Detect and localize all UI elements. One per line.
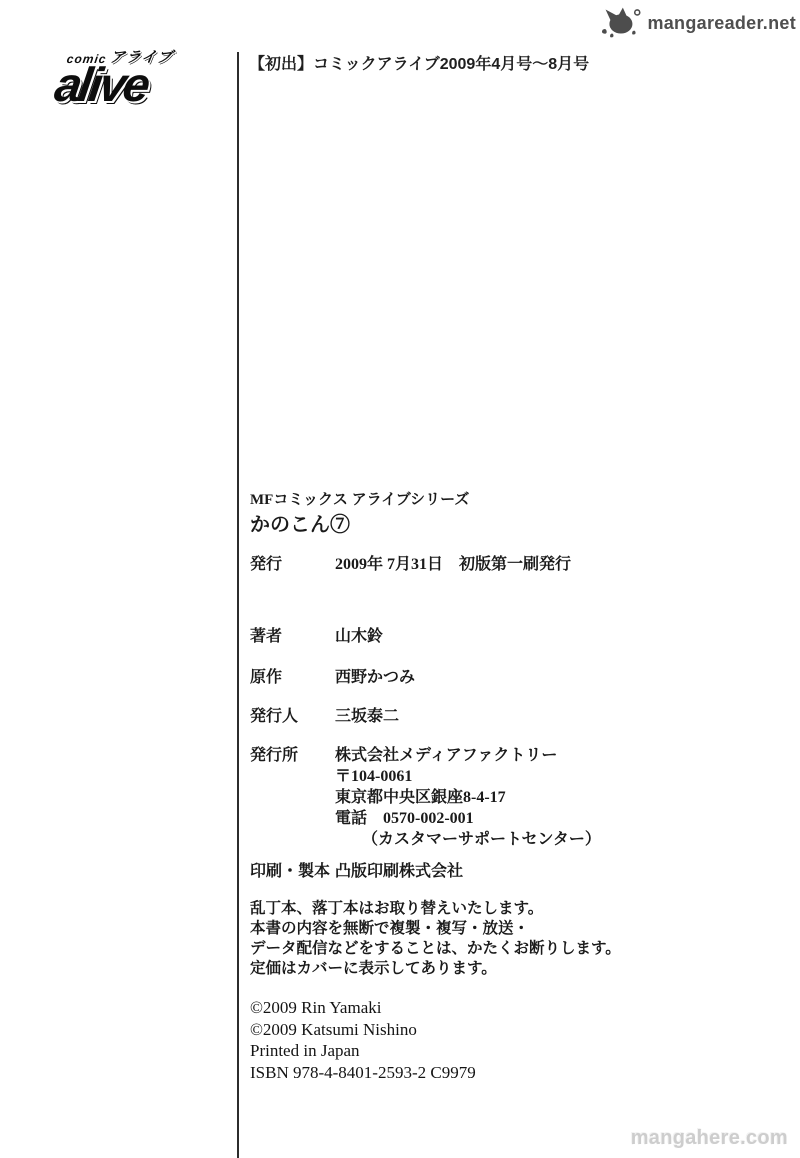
row-value: 三坂泰二 xyxy=(335,706,399,727)
publisher-street-address: 東京都中央区銀座8-4-17 xyxy=(335,787,601,808)
comic-alive-logo: comic アライブ alive xyxy=(52,50,240,109)
mangareader-mascot-icon xyxy=(595,6,643,40)
row-label: 発行 xyxy=(250,554,335,575)
vertical-divider xyxy=(237,52,239,1158)
series-name: MFコミックス アライブシリーズ xyxy=(250,488,469,509)
row-label: 原作 xyxy=(250,667,335,688)
publisher-phone: 電話 0570-002-001 xyxy=(335,808,601,829)
notice-line: データ配信などをすることは、かたくお断りします。 xyxy=(250,939,621,959)
printed-in-japan-line: Printed in Japan xyxy=(250,1040,476,1062)
row-label: 印刷・製本 xyxy=(250,861,335,882)
isbn-line: ISBN 978-4-8401-2593-2 C9979 xyxy=(250,1062,476,1084)
publisher-address-block: 株式会社メディアファクトリー 〒104-0061 東京都中央区銀座8-4-17 … xyxy=(335,745,601,850)
site-watermark-top-label: mangareader.net xyxy=(647,13,796,34)
colophon-row-publication-date: 発行 2009年 7月31日 初版第一刷発行 xyxy=(250,554,571,575)
site-watermark-top: mangareader.net xyxy=(595,6,796,40)
site-watermark-bottom: mangahere.com xyxy=(631,1127,788,1150)
colophon-row-original-story: 原作 西野かつみ xyxy=(250,667,415,688)
colophon-row-publisher-person: 発行人 三坂泰二 xyxy=(250,706,399,727)
publisher-postal-code: 〒104-0061 xyxy=(335,766,601,787)
colophon-row-printer: 印刷・製本 凸版印刷株式会社 xyxy=(250,861,463,882)
copyright-line: ©2009 Rin Yamaki xyxy=(250,997,476,1019)
notice-line: 本書の内容を無断で複製・複写・放送・ xyxy=(250,919,621,939)
row-label: 著者 xyxy=(250,626,335,647)
copyright-line: ©2009 Katsumi Nishino xyxy=(250,1019,476,1041)
row-label: 発行人 xyxy=(250,706,335,727)
notice-line: 乱丁本、落丁本はお取り替えいたします。 xyxy=(250,899,621,919)
publisher-name: 株式会社メディアファクトリー xyxy=(335,745,601,766)
first-publication-note: 【初出】コミックアライブ2009年4月号～8月号 xyxy=(249,51,589,74)
logo-alive-text: alive xyxy=(52,63,238,109)
colophon-row-publishing-company: 発行所 株式会社メディアファクトリー 〒104-0061 東京都中央区銀座8-4… xyxy=(250,745,601,850)
row-label: 発行所 xyxy=(250,745,335,850)
publisher-phone-note: （カスタマーサポートセンター） xyxy=(335,829,601,850)
notice-line: 定価はカバーに表示してあります。 xyxy=(250,959,621,979)
book-title: かのこん⑦ xyxy=(250,508,350,537)
row-value: 西野かつみ xyxy=(335,667,415,688)
row-value: 山木鈴 xyxy=(335,626,383,647)
row-value: 2009年 7月31日 初版第一刷発行 xyxy=(335,554,571,575)
colophon-page: { "watermarks": { "top_site": "mangaread… xyxy=(0,0,800,1158)
row-value: 凸版印刷株式会社 xyxy=(335,861,463,882)
colophon-row-author: 著者 山木鈴 xyxy=(250,626,383,647)
legal-notices: 乱丁本、落丁本はお取り替えいたします。 本書の内容を無断で複製・複写・放送・ デ… xyxy=(250,899,621,979)
copyright-block: ©2009 Rin Yamaki ©2009 Katsumi Nishino P… xyxy=(250,997,476,1083)
